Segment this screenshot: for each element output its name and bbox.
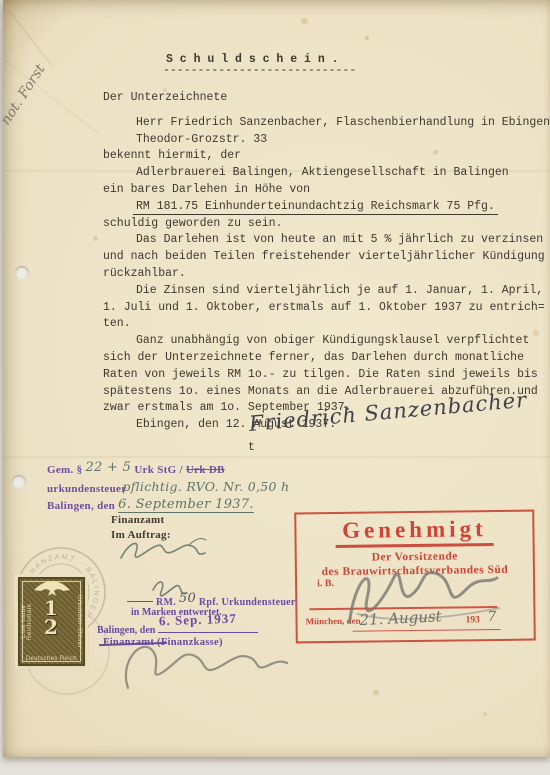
document-line: Das Darlehen ist von heute an mit 5 % jä…: [103, 232, 550, 249]
document-line: Herr Friedrich Sanzenbacher, Flaschenbie…: [103, 115, 550, 132]
foxing-spot: [483, 712, 487, 716]
document-line: Theodor-Grozstr. 33: [103, 132, 550, 149]
document-line: 1. Juli und 1. Oktober, erstmals auf 1. …: [103, 300, 550, 317]
foxing-spot: [373, 690, 379, 695]
document-line: Der Unterzeichnete: [103, 90, 550, 107]
fraction-denominator: 2: [36, 618, 66, 637]
handwritten-entry: pflichtig. RVO. Nr. 0,50 h: [122, 479, 289, 494]
stamp-text: Balingen, den: [47, 500, 115, 512]
im-auftrag-label: Im Auftrag:: [111, 529, 171, 541]
foxing-spot: [93, 236, 98, 241]
tax-note-line3: Balingen, den 6. September 1937.: [47, 498, 254, 513]
underlined-amount: RM 181.75 Einhunderteinundachtzig Reichs…: [133, 200, 498, 215]
struck-stamp-text: Urk DB: [186, 464, 225, 476]
finanzamt-label: Finanzamt: [111, 514, 164, 526]
document-line: schuldig geworden zu sein.: [103, 216, 550, 233]
foxing-spot: [365, 36, 369, 40]
punch-hole: [12, 475, 26, 489]
document-line: bekennt hiermit, der: [103, 148, 550, 165]
document-line: Raten von jeweils RM 1o.- zu tilgen. Die…: [103, 367, 550, 384]
revenue-stamp-right-label: Urkunden-Steuer: [72, 593, 82, 650]
revenue-stamp: Eine halbe Reichsmark Urkunden-Steuer 1 …: [18, 577, 85, 666]
document-line: Adlerbrauerei Balingen, Aktiengesellscha…: [103, 165, 550, 182]
punch-hole: [15, 266, 29, 280]
tax-note-line2: urkundensteuerpflichtig. RVO. Nr. 0,50 h: [47, 480, 289, 495]
stamp-text: urkundensteuer: [47, 483, 126, 495]
document-line: ein bares Darlehen in Höhe von: [103, 182, 550, 199]
document-line: RM 181.75 Einhunderteinundachtzig Reichs…: [103, 199, 550, 216]
handwritten-date: 6. September 1937.: [118, 497, 254, 513]
revenue-stamp-bottom-label: Deutsches Reich: [20, 656, 83, 662]
revenue-stamp-left-label: Eine halbe Reichsmark: [21, 593, 31, 650]
revenue-stamp-value: 1 2: [36, 599, 66, 637]
stamp-text: Gem. §: [47, 464, 82, 476]
tax-note-line1: Gem. § 22 + 5 Urk StG / Urk DB: [47, 462, 225, 477]
typed-t-mark: t: [248, 441, 255, 454]
document-body: Der UnterzeichneteHerr Friedrich Sanzenb…: [103, 90, 550, 434]
fee-date-stamp: 6. Sep. 1937: [159, 611, 237, 630]
stamp-text: Urk StG /: [134, 464, 183, 476]
photo-background: not. Forst S c h u l d s c h e i n . ---…: [0, 0, 550, 775]
approval-pencil-signature: [296, 512, 534, 642]
foxing-spot: [301, 18, 308, 24]
fold-line: [3, 456, 550, 458]
approval-stamp: Genehmigt Der Vorsitzende des Brauwirtsc…: [294, 510, 536, 644]
document-paper: not. Forst S c h u l d s c h e i n . ---…: [3, 0, 550, 757]
document-line: Die Zinsen sind vierteljährlich je auf 1…: [103, 283, 550, 300]
handwritten-amount: 50: [179, 591, 196, 606]
document-line: ten.: [103, 316, 550, 333]
handwritten-entry: 22 + 5: [85, 460, 131, 475]
title-underline: ----------------------------: [163, 64, 356, 77]
reichsadler-icon: [30, 581, 73, 597]
stamp-text: Balingen, den: [97, 625, 155, 636]
document-line: sich der Unterzeichnete ferner, das Darl…: [103, 350, 550, 367]
fee-lead-line: [127, 601, 153, 602]
document-line: Ganz unabhängig von obiger Kündigungskla…: [103, 333, 550, 350]
document-line: rückzahlbar.: [103, 266, 550, 283]
document-line: und nach beiden Teilen freistehender vie…: [103, 249, 550, 266]
